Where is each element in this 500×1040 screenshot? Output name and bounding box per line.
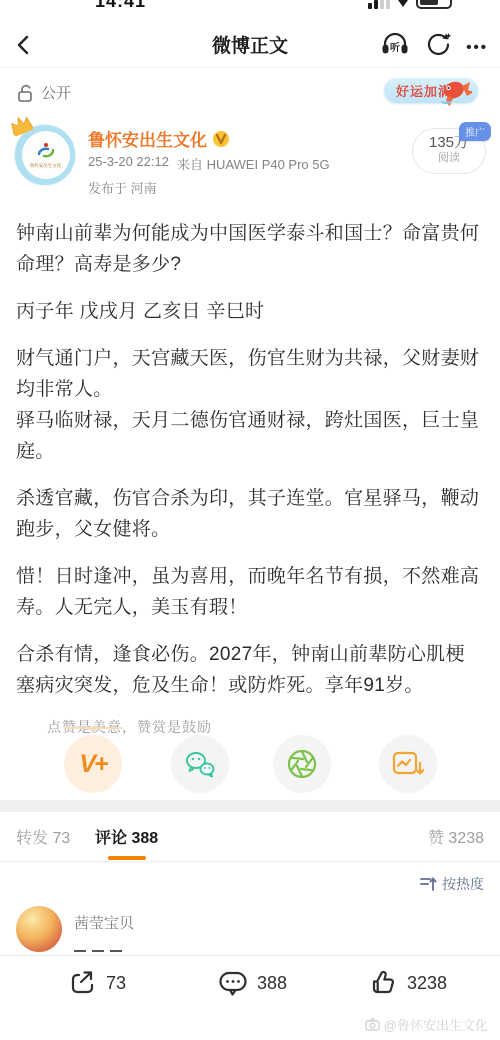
share-button[interactable]: 73: [68, 969, 126, 998]
post-paragraph: 惜！日时逢冲，虽为喜用，而晚年名节有损，不然难高寿。人无完人，美玉有瑕！: [16, 561, 484, 623]
comment-bubble-icon: [218, 969, 248, 998]
commenter-avatar[interactable]: [16, 906, 62, 952]
luck-promo-badge[interactable]: 好运加满: [384, 78, 478, 103]
status-icons: [368, 0, 452, 9]
promo-ribbon: 推广: [459, 122, 491, 141]
watermark-camera-icon: [365, 1018, 380, 1031]
sort-label: 按热度: [442, 874, 484, 894]
post-meta: 25-3-20 22:12 来自 HUAWEI P40 Pro 5G: [88, 154, 330, 173]
svg-text:听: 听: [390, 41, 400, 54]
listen-audio-button[interactable]: 听: [380, 30, 410, 62]
author-name-row[interactable]: 鲁怀安出生文化: [88, 126, 230, 151]
section-divider: [0, 800, 500, 812]
sort-icon: [420, 876, 437, 892]
visibility-label: 公开: [41, 82, 71, 103]
wechat-icon: [184, 750, 216, 778]
thumbs-up-icon: [368, 969, 398, 998]
tip-caret: [64, 727, 122, 729]
comment-count: 388: [257, 973, 287, 994]
signal-bars-icon: [368, 0, 390, 9]
repost-count: 73: [52, 830, 70, 847]
verified-yellow-v-icon: [212, 130, 230, 148]
moments-aperture-icon: [287, 749, 317, 779]
headphones-icon: 听: [380, 30, 410, 57]
avatar-logo-icon: [35, 142, 57, 162]
comment-button[interactable]: 388: [218, 969, 287, 998]
visibility-setting[interactable]: 公开: [16, 82, 71, 103]
share-icon: [68, 969, 97, 998]
reads-label: 阅读: [413, 151, 485, 165]
tab-comments[interactable]: 评论 388: [95, 825, 158, 848]
refresh-button[interactable]: [424, 30, 452, 62]
comment-item[interactable]: 茜莹宝贝: [0, 902, 500, 955]
post-source[interactable]: 来自 HUAWEI P40 Pro 5G: [177, 154, 330, 173]
post-paragraph: 丙子年 戊戌月 乙亥日 辛巳时: [16, 296, 484, 327]
visibility-bar: 公开 好运加满: [0, 70, 500, 116]
active-tab-underline: [108, 856, 146, 860]
author-header: 鲁怀安出生文化 鲁怀安出生文化 25-3-20 22:12 来自 HUAWEI …: [0, 118, 500, 214]
post-paragraph: 杀透官藏，伤官合杀为印，其子连堂。官星驿马，鞭动跑步，父女健将。: [16, 483, 484, 545]
share-wechat-button[interactable]: [171, 735, 229, 793]
status-bar: 14:41: [0, 0, 500, 20]
bottom-action-bar: 73 388 3238: [0, 955, 500, 1011]
post-paragraph: 钟南山前辈为何能成为中国医学泰斗和国士？命富贵何命理？高寿是多少?: [16, 218, 484, 280]
author-name: 鲁怀安出生文化: [88, 126, 207, 151]
like-count: 3238: [448, 830, 484, 847]
v-plus-reward-button[interactable]: V+: [64, 735, 122, 793]
sort-by-hot-button[interactable]: 按热度: [420, 874, 484, 894]
battery-icon: [416, 0, 452, 9]
sort-row: 按热度: [0, 866, 500, 906]
v-plus-icon: V+: [79, 750, 106, 779]
share-actions-row: V+: [0, 735, 500, 795]
watermark: @鲁怀安出生文化: [365, 1015, 488, 1034]
avatar-micro-text: 鲁怀安出生文化: [30, 162, 62, 168]
like-count: 3238: [407, 973, 447, 994]
post-location: 发布于 河南: [88, 178, 157, 197]
share-moments-button[interactable]: [273, 735, 331, 793]
navbar: 微博正文 听 •••: [0, 20, 500, 68]
post-time: 25-3-20 22:12: [88, 154, 169, 173]
post-paragraph: 合杀有情，逢食必伤。2027年，钟南山前辈防心肌梗塞病灾突发，危及生命！或防炸死…: [16, 639, 484, 701]
engagement-tabs: 转发 73 评论 388 赞 3238: [0, 812, 500, 862]
status-time: 14:41: [95, 0, 146, 12]
post-body: 钟南山前辈为何能成为中国医学泰斗和国士？命富贵何命理？高寿是多少? 丙子年 戊戌…: [0, 214, 500, 737]
post-paragraph: 财气通门户，天宫藏天医，伤官生财为共禄，父财妻财均非常人。 驿马临财禄，天月二德…: [16, 343, 484, 467]
save-image-button[interactable]: [379, 735, 437, 793]
save-image-icon: [392, 749, 424, 779]
like-button[interactable]: 3238: [368, 969, 447, 998]
comment-count: 388: [131, 830, 158, 847]
commenter-name[interactable]: 茜莹宝贝: [74, 912, 134, 933]
lock-open-icon: [16, 83, 34, 103]
koi-fish-icon: [438, 78, 472, 111]
author-avatar[interactable]: 鲁怀安出生文化: [14, 124, 76, 186]
more-options-button[interactable]: •••: [466, 37, 488, 56]
share-count: 73: [106, 973, 126, 994]
watermark-text: @鲁怀安出生文化: [384, 1015, 488, 1034]
refresh-sparkle-icon: [424, 30, 452, 57]
tab-reposts[interactable]: 转发 73: [16, 825, 70, 848]
reads-counter: 135万 阅读 推广: [412, 128, 486, 174]
tab-likes[interactable]: 赞 3238: [428, 825, 484, 848]
network-arrow-icon: [398, 0, 408, 7]
